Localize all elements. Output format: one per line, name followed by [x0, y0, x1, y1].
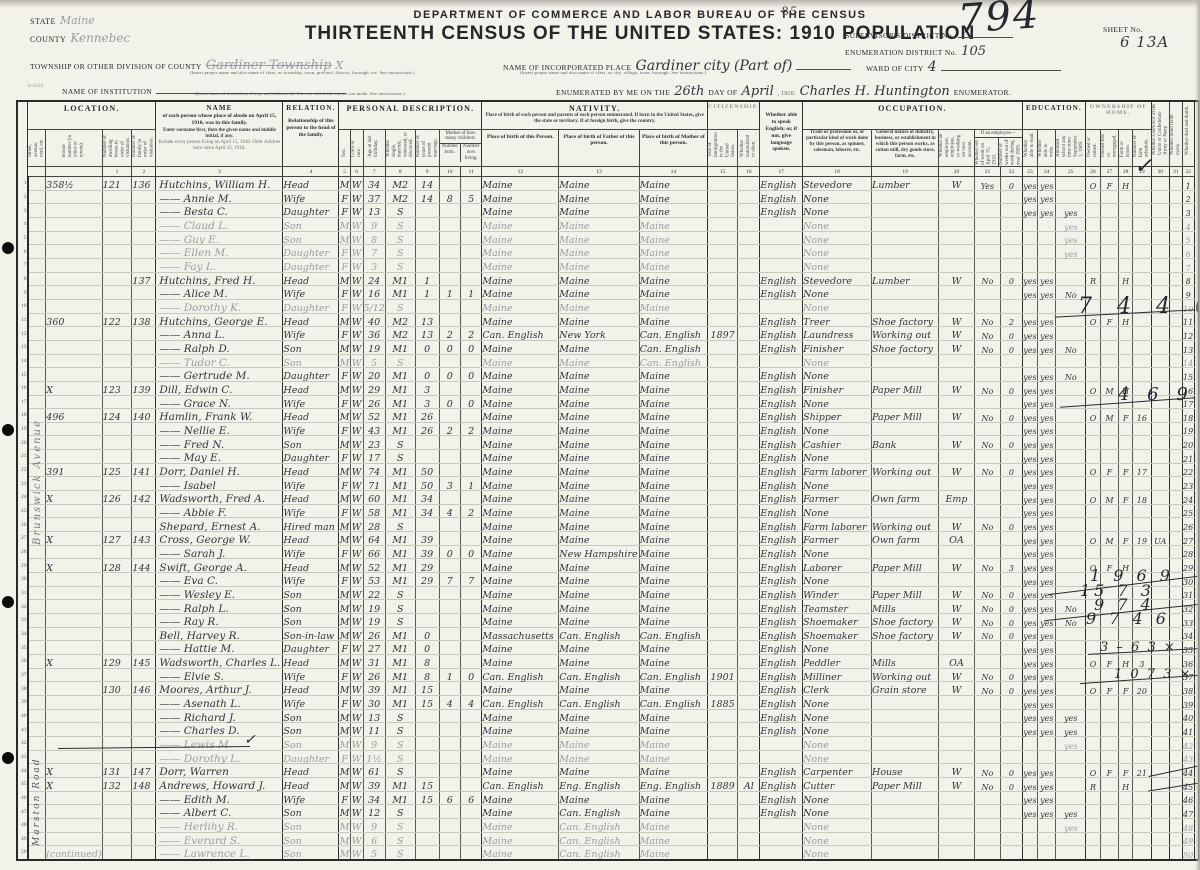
column-header — [1194, 101, 1199, 177]
cell-english: English — [760, 190, 803, 204]
cell-birthplace: Maine — [482, 299, 559, 313]
cell-sex: M — [339, 313, 350, 327]
cell-deaf: 13 — [1182, 340, 1194, 354]
cell-children_living — [460, 654, 481, 668]
cell-family — [132, 327, 156, 341]
cell-birthplace: Maine — [482, 354, 559, 368]
cell-age: 17 — [363, 450, 385, 464]
cell-house_number — [46, 641, 102, 655]
cell-reads: yes — [1022, 504, 1037, 518]
cell-dwelling — [102, 818, 132, 832]
cell-immigration_year — [708, 477, 738, 491]
census-row: 38130146Moores, Arthur J.HeadMW39M115Mai… — [17, 682, 1199, 696]
cell-reads: yes — [1022, 654, 1037, 668]
cell-employer_class: W — [939, 559, 975, 573]
cell-free_mortgaged — [1100, 627, 1118, 641]
cell-color: W — [350, 846, 363, 860]
cell-occupation: Shipper — [803, 409, 872, 423]
cell-father_birthplace: Maine — [559, 709, 639, 723]
column-header: 30 — [1151, 167, 1169, 177]
cell-relation: Daughter — [283, 368, 339, 382]
cell-farm_house — [1119, 709, 1133, 723]
cell-naturalized — [738, 299, 760, 313]
cell-naturalized — [738, 450, 760, 464]
cell-employer_class: OA — [939, 532, 975, 546]
cell-english: English — [760, 695, 803, 709]
cell-years_married — [415, 723, 439, 737]
cell-deaf: 48 — [1182, 818, 1194, 832]
cell-marital: M1 — [385, 654, 415, 668]
cell-farm_house — [1119, 832, 1133, 846]
cell-age: 39 — [363, 777, 385, 791]
cell-mother_birthplace: Can. English — [639, 327, 707, 341]
cell-sex: M — [339, 709, 350, 723]
cell-children_born — [439, 600, 460, 614]
cell-children_living — [460, 682, 481, 696]
cell-line: 38 — [17, 682, 28, 696]
cell-relation: Son — [283, 231, 339, 245]
cell-weeks_out: 0 — [1001, 463, 1023, 477]
cell-immigration_year — [708, 750, 738, 764]
cell-reads: yes — [1022, 600, 1037, 614]
cell-school: yes — [1056, 805, 1086, 819]
cell-out_of_work — [974, 354, 1000, 368]
cell-writes: yes — [1038, 532, 1056, 546]
cell-marital: M1 — [385, 340, 415, 354]
state-line: STATE Maine — [30, 11, 95, 29]
census-row: 13—— Ralph D.SonMW19M1000MaineMaineCan. … — [17, 340, 1199, 354]
cell-color: W — [350, 463, 363, 477]
cell-father_birthplace: Maine — [559, 532, 639, 546]
cell-age: 40 — [363, 313, 385, 327]
cell-school — [1056, 559, 1086, 573]
cell-civil_war — [1151, 545, 1169, 559]
check-mark: ✓ — [1134, 154, 1152, 179]
cell-street — [28, 695, 46, 709]
cell-school — [1056, 545, 1086, 559]
cell-writes: yes — [1038, 791, 1056, 805]
column-header: Place of birth of Mother of this person. — [639, 129, 707, 167]
cell-children_living: 1 — [460, 286, 481, 300]
cell-family — [132, 190, 156, 204]
cell-color: W — [350, 217, 363, 231]
cell-age: 12 — [363, 805, 385, 819]
cell-owned_rented: R — [1086, 777, 1101, 791]
cell-family: 141 — [132, 463, 156, 477]
cell-sex: M — [339, 818, 350, 832]
cell-immigration_year — [708, 272, 738, 286]
cell-owned_rented: O — [1086, 532, 1101, 546]
column-header — [46, 167, 102, 177]
cell-marital: S — [385, 436, 415, 450]
cell-reads: yes — [1022, 777, 1037, 791]
cell-street — [28, 709, 46, 723]
cell-relation: Son — [283, 217, 339, 231]
cell-blind — [1169, 190, 1182, 204]
cell-english: English — [760, 204, 803, 218]
cell-english: English — [760, 272, 803, 286]
census-row: 46—— Edith M.WifeFW34M11566MaineMaineMai… — [17, 791, 1199, 805]
cell-farm_schedule — [1133, 518, 1151, 532]
cell-out_of_work: No — [974, 327, 1000, 341]
cell-years_married: 8 — [415, 668, 439, 682]
column-header: Whether single, married, widowed, or div… — [385, 129, 415, 167]
cell-industry — [872, 190, 939, 204]
column-header: General nature of industry, business, or… — [872, 129, 939, 167]
cell-free_mortgaged — [1100, 777, 1118, 791]
cell-deaf: 49 — [1182, 832, 1194, 846]
column-header: Number of dwelling house in order of vis… — [102, 129, 132, 167]
cell-line: 37 — [17, 668, 28, 682]
cell-writes: yes — [1038, 395, 1056, 409]
cell-age: 53 — [363, 573, 385, 587]
cell-civil_war — [1151, 491, 1169, 505]
cell-father_birthplace: Maine — [559, 682, 639, 696]
cell-relation: Son — [283, 723, 339, 737]
cell-mother_birthplace: Maine — [639, 818, 707, 832]
cell-free_mortgaged — [1100, 258, 1118, 272]
cell-family — [132, 258, 156, 272]
cell-birthplace: Massachusetts — [482, 627, 559, 641]
cell-street — [28, 177, 46, 191]
cell-sex: F — [339, 641, 350, 655]
cell-employer_class: OA — [939, 654, 975, 668]
cell-marital: M1 — [385, 272, 415, 286]
cell-weeks_out — [1001, 354, 1023, 368]
cell-color: W — [350, 573, 363, 587]
cell-english: English — [760, 340, 803, 354]
cell-years_married: 8 — [415, 654, 439, 668]
cell-marital: M1 — [385, 381, 415, 395]
cell-color: W — [350, 395, 363, 409]
cell-farm_house — [1119, 846, 1133, 860]
cell-weeks_out: 0 — [1001, 777, 1023, 791]
cell-children_born — [439, 463, 460, 477]
cell-street — [28, 654, 46, 668]
cell-relation: Son — [283, 818, 339, 832]
cell-occupation: Stevedore — [803, 177, 872, 191]
column-header: 28 — [1119, 167, 1133, 177]
cell-employer_class — [939, 231, 975, 245]
cell-industry: Working out — [872, 463, 939, 477]
cell-children_born — [439, 532, 460, 546]
cell-weeks_out: 0 — [1001, 668, 1023, 682]
cell-writes: yes — [1038, 286, 1056, 300]
punch-hole — [2, 596, 14, 608]
cell-relation: Son — [283, 736, 339, 750]
cell-employer_class — [939, 709, 975, 723]
cell-weeks_out — [1001, 231, 1023, 245]
cell-dwelling — [102, 805, 132, 819]
cell-blind — [1169, 723, 1182, 737]
cell-farm_schedule: 17 — [1133, 463, 1151, 477]
cell-weeks_out — [1001, 791, 1023, 805]
cell-occupation: None — [803, 832, 872, 846]
cell-children_born — [439, 436, 460, 450]
cell-deaf: 41 — [1182, 723, 1194, 737]
cell-out_of_work — [974, 723, 1000, 737]
cell-age: 8 — [363, 231, 385, 245]
cell-industry: Shoe factory — [872, 614, 939, 628]
cell-house_number — [46, 805, 102, 819]
cell-sex: F — [339, 695, 350, 709]
cell-sex: M — [339, 532, 350, 546]
cell-children_living: 4 — [460, 695, 481, 709]
county-value: Kennebec — [70, 31, 130, 45]
cell-free_mortgaged — [1100, 327, 1118, 341]
cell-mother_birthplace: Maine — [639, 614, 707, 628]
cell-children_living — [460, 559, 481, 573]
cell-naturalized — [738, 491, 760, 505]
cell-weeks_out — [1001, 245, 1023, 259]
cell-years_married — [415, 299, 439, 313]
cell-relation: Son — [283, 709, 339, 723]
cell-occupation: Cutter — [803, 777, 872, 791]
column-header: 12 — [482, 167, 559, 177]
cell-mother_birthplace: Maine — [639, 258, 707, 272]
cell-color: W — [350, 245, 363, 259]
cell-father_birthplace: Maine — [559, 409, 639, 423]
cell-street — [28, 614, 46, 628]
cell-farm_schedule — [1133, 450, 1151, 464]
cell-children_born — [439, 846, 460, 860]
cell-employer_class: W — [939, 436, 975, 450]
cell-civil_war — [1151, 217, 1169, 231]
cell-birthplace: Maine — [482, 313, 559, 327]
cell-line: 44 — [17, 764, 28, 778]
cell-mother_birthplace: Can. English — [639, 695, 707, 709]
cell-dwelling — [102, 395, 132, 409]
cell-color: W — [350, 258, 363, 272]
cell-children_living — [460, 586, 481, 600]
cell-english — [760, 818, 803, 832]
cell-reads — [1022, 832, 1037, 846]
cell-relation: Son — [283, 805, 339, 819]
cell-school — [1056, 695, 1086, 709]
cell-out_of_work — [974, 641, 1000, 655]
cell-employer_class — [939, 368, 975, 382]
cell-family — [132, 627, 156, 641]
cell-house_number — [46, 504, 102, 518]
cell-street — [28, 586, 46, 600]
cell-reads — [1022, 750, 1037, 764]
cell-mother_birthplace: Can. English — [639, 354, 707, 368]
cell-out_of_work: No — [974, 559, 1000, 573]
cell-owned_rented: O — [1086, 682, 1101, 696]
cell-out_of_work: No — [974, 463, 1000, 477]
cell-house_number — [46, 258, 102, 272]
cell-reads: yes — [1022, 204, 1037, 218]
column-header: CITIZENSHIP. — [708, 101, 760, 129]
cell-civil_war — [1151, 258, 1169, 272]
cell-children_living — [460, 709, 481, 723]
cell-out_of_work — [974, 286, 1000, 300]
cell-age: 39 — [363, 682, 385, 696]
cell-blind — [1169, 245, 1182, 259]
cell-father_birthplace: Maine — [559, 204, 639, 218]
cell-dwelling — [102, 217, 132, 231]
cell-line: 5 — [17, 231, 28, 245]
cell-employer_class: W — [939, 463, 975, 477]
cell-name: Cross, George W. — [156, 532, 283, 546]
cell-farm_house — [1119, 723, 1133, 737]
cell-house_number — [46, 600, 102, 614]
cell-out_of_work — [974, 450, 1000, 464]
cell-name: —— Annie M. — [156, 190, 283, 204]
cell-reads: yes — [1022, 409, 1037, 423]
cell-children_living — [460, 409, 481, 423]
cell-marital: M2 — [385, 313, 415, 327]
cell-writes: yes — [1038, 204, 1056, 218]
cell-color: W — [350, 791, 363, 805]
enumerated-month: April — [742, 84, 774, 99]
cell-owned_rented — [1086, 190, 1101, 204]
cell-free_mortgaged — [1100, 695, 1118, 709]
census-row: 41—— Charles D.SonMW11SMaineMaineMaineEn… — [17, 723, 1199, 737]
cell-reads: yes — [1022, 573, 1037, 587]
cell-name: —— Isabel — [156, 477, 283, 491]
column-header: Color or race. — [350, 129, 363, 167]
cell-civil_war — [1151, 204, 1169, 218]
cell-immigration_year — [708, 409, 738, 423]
cell-deaf: 38 — [1182, 682, 1194, 696]
cell-dwelling — [102, 600, 132, 614]
cell-free_mortgaged — [1100, 436, 1118, 450]
cell-english: English — [760, 805, 803, 819]
cell-birthplace: Maine — [482, 682, 559, 696]
cell-years_married: 29 — [415, 559, 439, 573]
cell-weeks_out — [1001, 286, 1023, 300]
cell-reads — [1022, 231, 1037, 245]
cell-english — [760, 258, 803, 272]
cell-deaf: 39 — [1182, 695, 1194, 709]
cell-color: W — [350, 231, 363, 245]
cell-immigration_year — [708, 395, 738, 409]
cell-deaf: 20 — [1182, 436, 1194, 450]
cell-sex: M — [339, 777, 350, 791]
cell-english: English — [760, 627, 803, 641]
cell-father_birthplace: Maine — [559, 450, 639, 464]
cell-marital: S — [385, 614, 415, 628]
cell-family — [132, 791, 156, 805]
cell-owned_rented: O — [1086, 177, 1101, 191]
cell-father_birthplace: Maine — [559, 641, 639, 655]
cell-line: 49 — [17, 832, 28, 846]
column-header: Whether able to read. — [1022, 129, 1037, 167]
cell-writes: yes — [1038, 463, 1056, 477]
cell-father_birthplace: Maine — [559, 422, 639, 436]
census-row: 44X131147Dorr, WarrenHeadMW61SMaineMaine… — [17, 764, 1199, 778]
cell-name: Wadsworth, Fred A. — [156, 491, 283, 505]
cell-children_born: 3 — [439, 477, 460, 491]
cell-house_number — [46, 190, 102, 204]
cell-free_mortgaged: M — [1100, 381, 1118, 395]
census-row: 15—— Gertrude M.DaughterFW20M1000MaineMa… — [17, 368, 1199, 382]
column-header: Number of family in order of visitation. — [132, 129, 156, 167]
cell-name: —— Lewis M. — [156, 736, 283, 750]
cell-sex: F — [339, 545, 350, 559]
cell-english — [760, 750, 803, 764]
cell-deaf: 19 — [1182, 422, 1194, 436]
cell-blind — [1169, 504, 1182, 518]
cell-family: 140 — [132, 409, 156, 423]
cell-deaf: 40 — [1182, 709, 1194, 723]
cell-name: —— Alice M. — [156, 286, 283, 300]
cell-free_mortgaged — [1100, 204, 1118, 218]
cell-sex: F — [339, 368, 350, 382]
cell-children_born — [439, 258, 460, 272]
ward-line: WARD OF CITY 4 — [866, 58, 1061, 76]
cell-industry — [872, 354, 939, 368]
cell-employer_class — [939, 204, 975, 218]
cell-immigration_year — [708, 791, 738, 805]
cell-family — [132, 354, 156, 368]
cell-reads: yes — [1022, 682, 1037, 696]
cell-name: Dorr, Warren — [156, 764, 283, 778]
cell-street — [28, 723, 46, 737]
cell-children_born — [439, 299, 460, 313]
cell-farm_schedule — [1133, 217, 1151, 231]
cell-name: —— Edith M. — [156, 791, 283, 805]
cell-civil_war — [1151, 682, 1169, 696]
column-header: OCCUPATION. — [803, 101, 1023, 129]
form-number: 6-1632 — [28, 84, 43, 89]
cell-name: —— Dorothy L. — [156, 750, 283, 764]
cell-writes: yes — [1038, 723, 1056, 737]
column-header: Whether an employer, employee, or workin… — [939, 129, 975, 167]
cell-years_married: 0 — [415, 641, 439, 655]
cell-father_birthplace: Maine — [559, 368, 639, 382]
cell-line: 11 — [17, 313, 28, 327]
column-header: Whether naturalized or alien. — [738, 129, 760, 167]
cell-dwelling — [102, 695, 132, 709]
cell-children_born — [439, 559, 460, 573]
cell-immigration_year — [708, 245, 738, 259]
cell-occupation: Peddler — [803, 654, 872, 668]
cell-naturalized — [738, 750, 760, 764]
cell-blind — [1169, 327, 1182, 341]
cell-relation: Son — [283, 340, 339, 354]
cell-blind — [1169, 532, 1182, 546]
cell-occupation: None — [803, 723, 872, 737]
cell-farm_house — [1119, 518, 1133, 532]
place-note: (Insert proper name and also name of cla… — [520, 70, 706, 75]
cell-writes: yes — [1038, 709, 1056, 723]
cell-father_birthplace: Can. English — [559, 695, 639, 709]
census-row: 47—— Albert C.SonMW12SMaineCan. EnglishM… — [17, 805, 1199, 819]
cell-house_number: 360 — [46, 313, 102, 327]
cell-marital: S — [385, 518, 415, 532]
cell-dwelling: 123 — [102, 381, 132, 395]
cell-marital: M1 — [385, 791, 415, 805]
cell-school — [1056, 518, 1086, 532]
cell-relation: Head — [283, 381, 339, 395]
column-header: Number of years of present marriage. — [415, 129, 439, 167]
cell-house_number: (continued) — [46, 846, 102, 860]
cell-immigration_year — [708, 559, 738, 573]
cell-house_number — [46, 750, 102, 764]
cell-dwelling — [102, 272, 132, 286]
cell-reads: yes — [1022, 764, 1037, 778]
cell-farm_schedule — [1133, 436, 1151, 450]
cell-farm_schedule — [1133, 750, 1151, 764]
cell-free_mortgaged — [1100, 504, 1118, 518]
cell-farm_schedule — [1133, 545, 1151, 559]
cell-naturalized — [738, 190, 760, 204]
cell-free_mortgaged — [1100, 709, 1118, 723]
cell-mother_birthplace: Maine — [639, 518, 707, 532]
cell-deaf: 33 — [1182, 614, 1194, 628]
